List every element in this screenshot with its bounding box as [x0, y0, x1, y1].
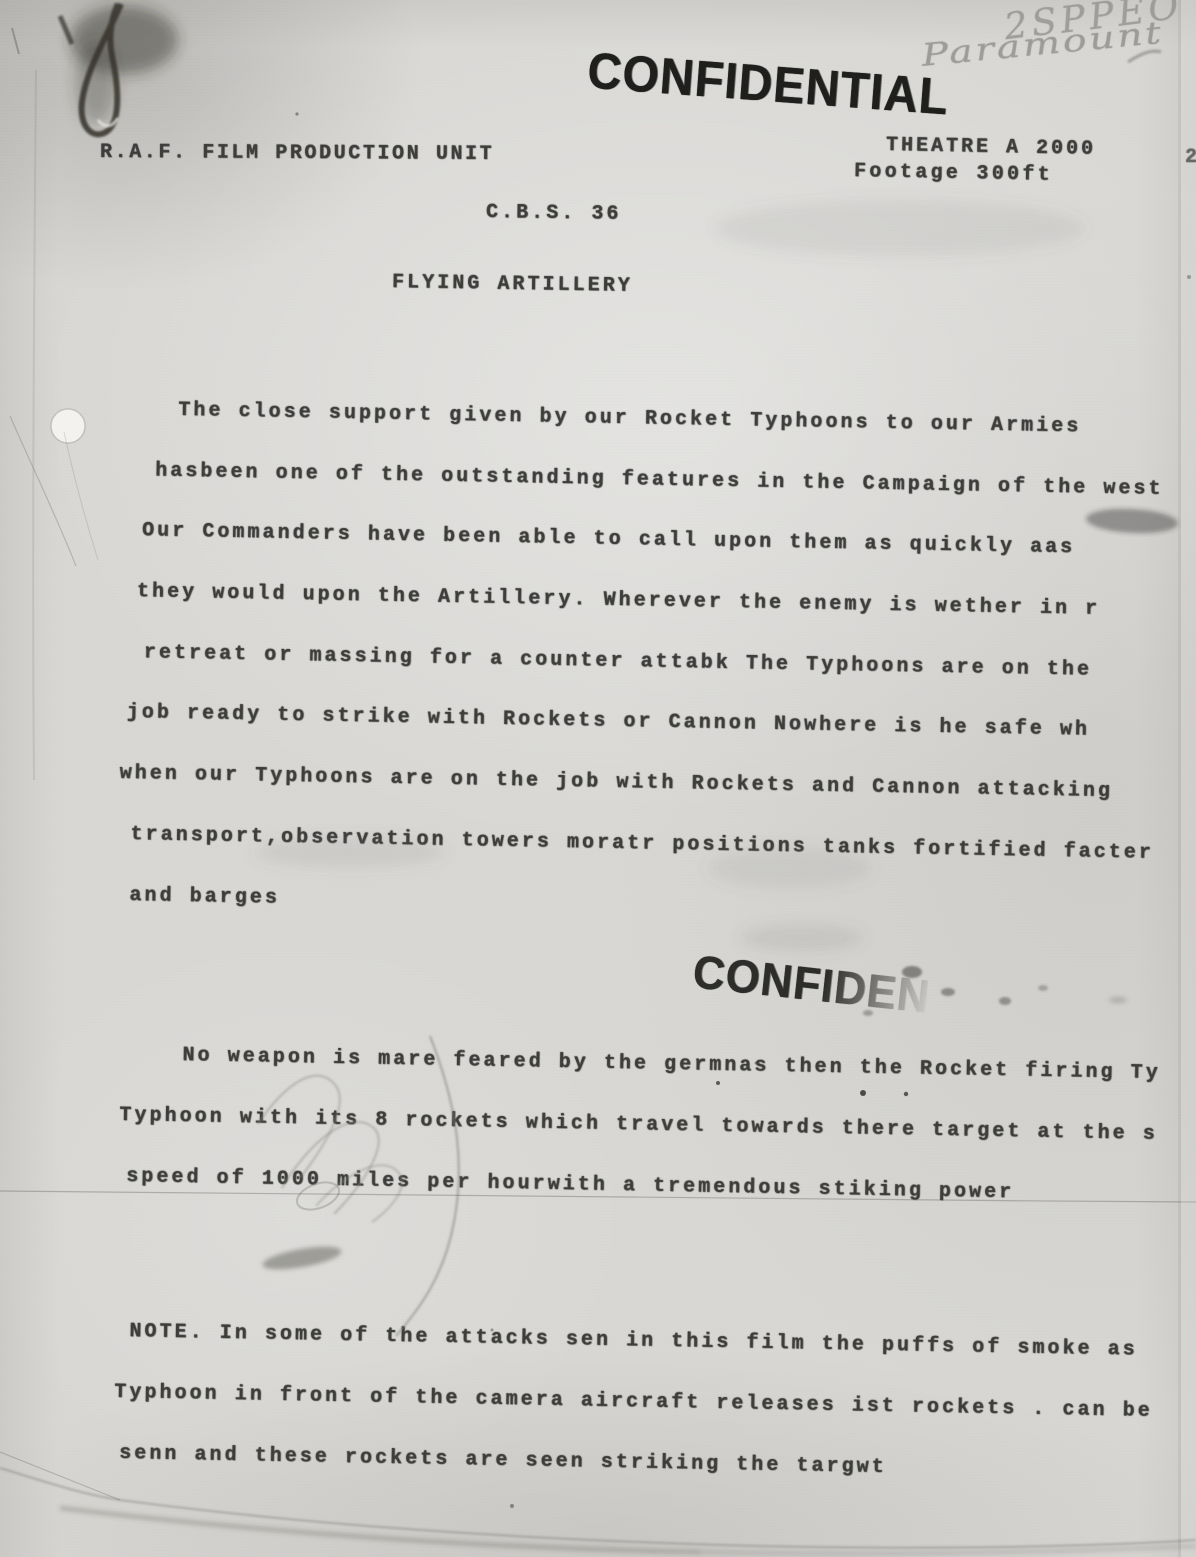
typed-line: senn and these rockets are seen striking… [107, 1441, 1196, 1486]
typed-line: Our Commanders have been able to call up… [124, 519, 1196, 564]
punch-hole [51, 409, 85, 443]
typed-line: Typhoon in front of the camera aircraft … [108, 1381, 1196, 1426]
unit-name: R.A.F. FILM PRODUCTION UNIT [100, 141, 494, 166]
typed-line: The close support given by our Rocket Ty… [126, 398, 1196, 443]
cut-off-character: 2 [1185, 146, 1196, 169]
paragraph-note: NOTE. In some of the attacks sen in this… [106, 1284, 1196, 1523]
typed-line: retreat or massing for a counter attabk … [122, 641, 1196, 686]
reference-number: C.B.S. 36 [486, 201, 622, 226]
typed-line: transport,observation towers moratr posi… [118, 823, 1196, 868]
typed-line: and barges [117, 883, 1196, 928]
typed-line: when our Typhoons are on the job with Ro… [119, 762, 1196, 807]
typed-line: they would upon the Artillery. Wherever … [123, 580, 1196, 625]
paragraph-close-support: The close support given by our Rocket Ty… [117, 354, 1196, 965]
typed-line: No weapon is mare feared by the germnas … [114, 1043, 1196, 1088]
theatre-number: THEATRE A 2000 [886, 134, 1096, 161]
typed-line: Typhoon with its 8 rockets which travel … [113, 1104, 1196, 1149]
typed-line: job ready to strike with Rockets or Cann… [121, 701, 1196, 746]
page-title: FLYING ARTILLERY [392, 271, 633, 298]
typed-line: hasbeen one of the outstanding features … [125, 459, 1196, 504]
paragraph-no-weapon: No weapon is mare feared by the germnas … [111, 1007, 1196, 1246]
typed-line: speed of 1000 miles per hourwith a treme… [112, 1164, 1196, 1209]
confidential-stamp-top: CONFIDENTIAL [586, 40, 951, 126]
footage-length: Footage 300ft [854, 160, 1053, 187]
scanned-document-page: CONFIDENTIAL 2SPPEO Paramount R.A.F. FIL… [0, 0, 1196, 1557]
document-body: The close support given by our Rocket Ty… [106, 318, 1196, 1557]
paperclip-mark [12, 4, 178, 134]
typed-line: NOTE. In some of the attacks sen in this… [109, 1320, 1196, 1365]
